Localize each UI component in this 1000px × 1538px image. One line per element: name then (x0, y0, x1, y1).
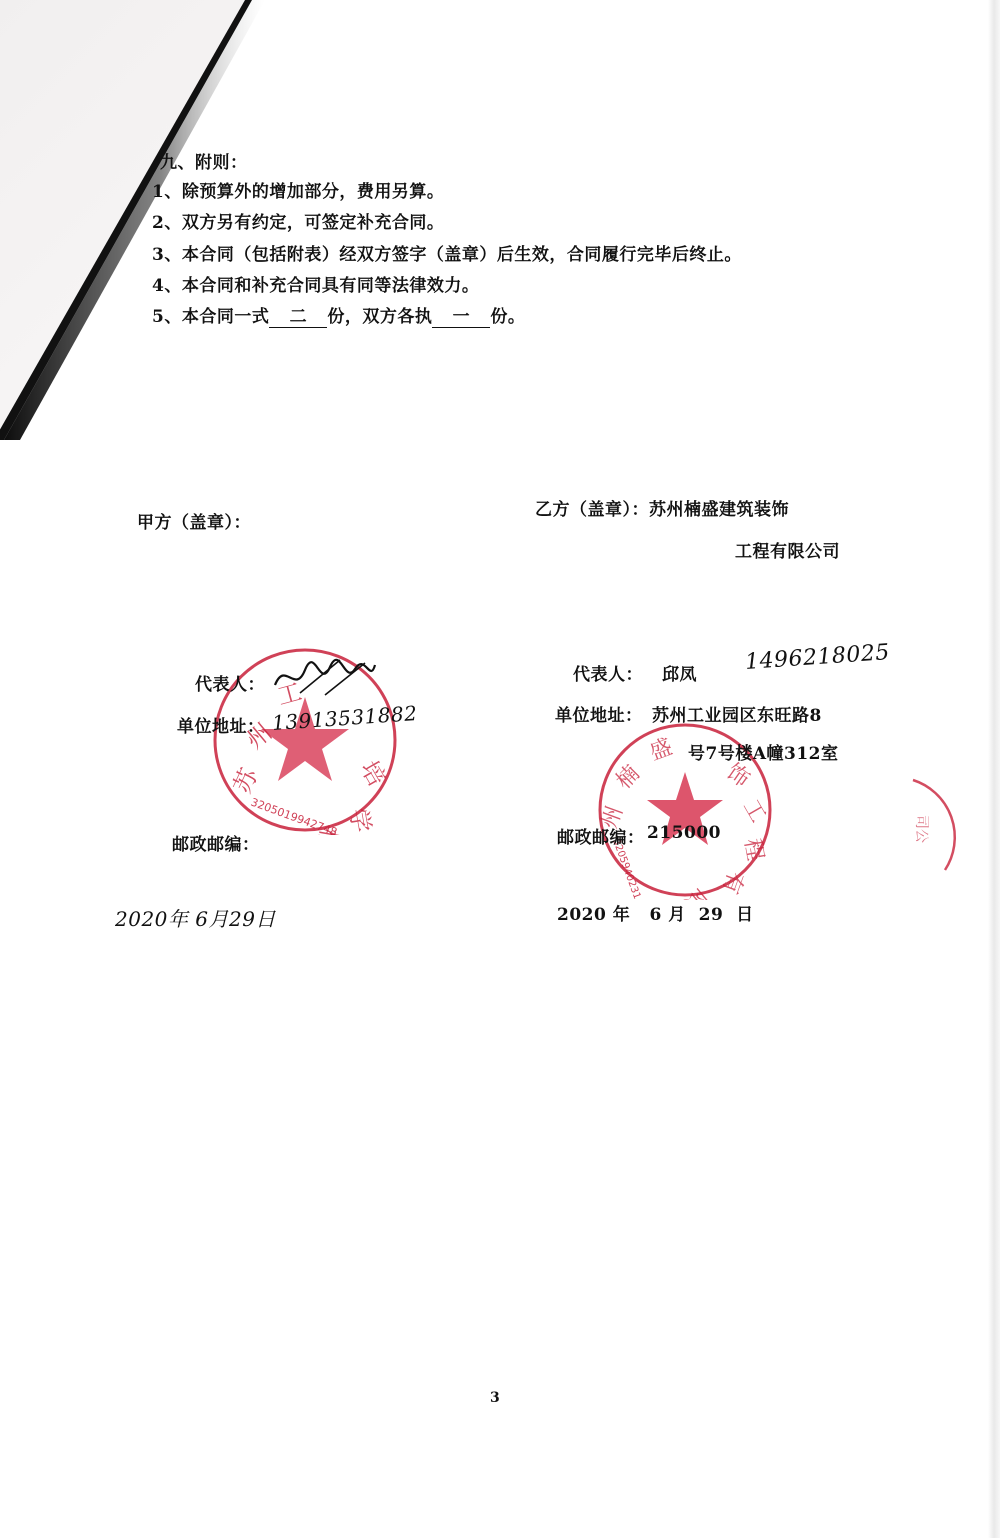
clause-2: 2、双方另有约定，可签定补充合同。 (152, 208, 444, 233)
party-b-rep-phone-handwritten: 1496218025 (744, 640, 890, 675)
party-b-label-line2: 工程有限公司 (735, 537, 840, 562)
contract-page: 九、附则： 1、除预算外的增加部分，费用另算。 2、双方另有约定，可签定补充合同… (0, 0, 1000, 1538)
copies-each-field: 一 (432, 302, 490, 328)
party-a-label: 甲方（盖章）： (137, 508, 251, 533)
date-day: 29 (699, 905, 724, 925)
party-b-rep-name: 邱凤 (662, 660, 697, 685)
party-b-date: 2020 年 6 月 29 日 (557, 900, 754, 925)
clause-1: 1、除预算外的增加部分，费用另算。 (152, 177, 444, 202)
clause-3: 3、本合同（包括附表）经双方签字（盖章）后生效，合同履行完毕后终止。 (152, 240, 742, 265)
party-a-rep-label: 代表人： (195, 670, 265, 695)
svg-text:饰: 饰 (722, 759, 754, 792)
svg-text:学: 学 (344, 806, 376, 834)
party-a-rep-signature (270, 655, 380, 700)
copies-total-field: 二 (269, 302, 327, 328)
clause-4: 4、本合同和补充合同具有同等法律效力。 (152, 271, 479, 296)
section-title: 九、附则： (160, 148, 248, 173)
svg-text:培: 培 (355, 756, 391, 791)
svg-text:程: 程 (739, 837, 767, 863)
svg-text:楠: 楠 (612, 761, 645, 794)
clause-5-middle: 份，双方各执 (327, 307, 432, 327)
date-year: 2020 (557, 905, 606, 925)
party-b-rep-label: 代表人： (573, 660, 643, 685)
clause-5: 5、本合同一式二份，双方各执一份。 (152, 302, 525, 328)
svg-text:盛: 盛 (647, 735, 676, 766)
party-b-address-label: 单位地址： (555, 701, 643, 726)
partial-edge-stamp: 司公 (905, 775, 965, 875)
party-b-postcode-label: 邮政邮编： (557, 823, 645, 848)
clause-5-prefix: 5、本合同一式 (152, 307, 269, 327)
party-b-address-line2: 号7号楼A幢312室 (688, 739, 839, 764)
clause-5-suffix: 份。 (490, 307, 525, 327)
date-month: 6 (650, 905, 662, 925)
party-a-postcode-label: 邮政邮编： (172, 830, 260, 855)
right-page-edge (988, 0, 1000, 1538)
svg-text:工: 工 (738, 796, 771, 828)
party-b-postcode: 215000 (647, 823, 721, 843)
date-month-unit: 月 (668, 905, 686, 925)
party-a-date-handwritten: 2020年 6月29日 (115, 903, 276, 932)
party-b-address-line1: 苏州工业园区东旺路8 (652, 701, 822, 726)
page-number: 3 (490, 1390, 500, 1406)
date-day-unit: 日 (736, 905, 754, 925)
party-b-label: 乙方（盖章）：苏州楠盛建筑装饰 (535, 495, 789, 520)
party-a-address-label: 单位地址： (177, 712, 265, 737)
date-year-unit: 年 (613, 905, 631, 925)
svg-text:司公: 司公 (913, 815, 929, 843)
